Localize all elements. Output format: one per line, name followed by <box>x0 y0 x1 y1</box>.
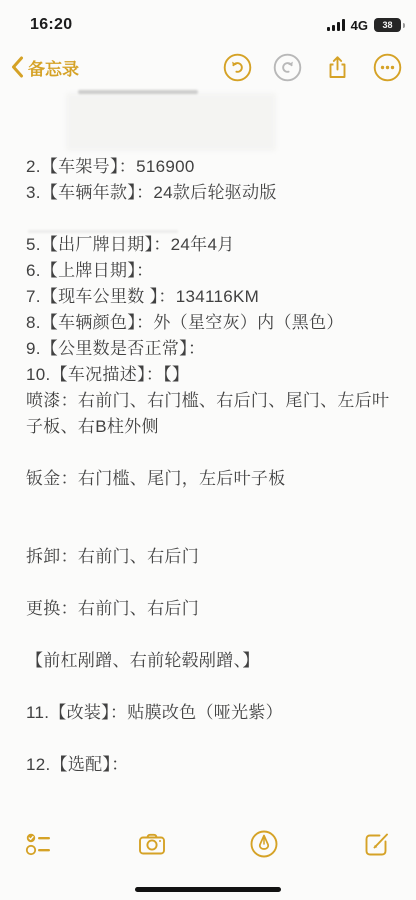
note-line <box>26 492 394 518</box>
status-indicators: 4G 38 <box>327 18 401 33</box>
note-line: 【前杠剐蹭、右前轮毂剐蹭、】 <box>26 648 394 674</box>
note-line: 2.【车架号】：516900 <box>26 154 394 180</box>
battery-icon: 38 <box>374 18 401 32</box>
camera-icon[interactable] <box>137 829 167 859</box>
note-line <box>26 518 394 544</box>
battery-percent: 38 <box>382 21 392 30</box>
compose-icon[interactable] <box>362 829 392 859</box>
status-bar: 16:20 4G 38 <box>0 0 416 44</box>
network-type-label: 4G <box>351 18 368 33</box>
note-line: 9.【公里数是否正常】： <box>26 336 394 362</box>
note-line: 喷漆：右前门、右门槛、右后门、尾门、左后叶子板、右B柱外侧 <box>26 388 394 440</box>
note-line <box>26 570 394 596</box>
note-line <box>26 206 394 232</box>
notes-app-screen: 16:20 4G 38 备忘录 <box>0 0 416 900</box>
note-line: 8.【车辆颜色】：外（星空灰）内（黑色） <box>26 310 394 336</box>
whiteout-smudge <box>66 93 276 151</box>
share-icon[interactable] <box>323 53 352 82</box>
chevron-left-icon <box>10 56 24 78</box>
more-options-icon[interactable] <box>373 53 402 82</box>
note-line: 6.【上牌日期】： <box>26 258 394 284</box>
note-line: 12.【选配】： <box>26 752 394 778</box>
nav-bar: 备忘录 <box>0 44 416 90</box>
markup-pen-icon[interactable] <box>249 829 279 859</box>
note-line: 10.【车况描述】：【】 <box>26 362 394 388</box>
nav-actions <box>223 53 402 82</box>
note-line <box>26 726 394 752</box>
back-button[interactable]: 备忘录 <box>10 55 79 80</box>
note-line: 11.【改装】：贴膜改色（哑光紫） <box>26 700 394 726</box>
note-line: 3.【车辆年款】：24款后轮驱动版 <box>26 180 394 206</box>
note-line: 钣金：右门槛、尾门，左后叶子板 <box>26 466 394 492</box>
note-line <box>26 440 394 466</box>
note-line <box>26 674 394 700</box>
note-line: 更换：右前门、右后门 <box>26 596 394 622</box>
note-line: 5.【出厂牌日期】：24年4月 <box>26 232 394 258</box>
note-line: 拆卸：右前门、右后门 <box>26 544 394 570</box>
redacted-line-smudge <box>78 90 198 94</box>
back-button-label: 备忘录 <box>28 55 79 80</box>
cellular-signal-icon <box>327 19 345 31</box>
bottom-toolbar <box>0 816 416 872</box>
undo-icon[interactable] <box>223 53 252 82</box>
note-lines: 2.【车架号】：5169003.【车辆年款】：24款后轮驱动版5.【出厂牌日期】… <box>26 154 394 778</box>
redo-icon[interactable] <box>273 53 302 82</box>
note-line: 7.【现车公里数 】：134116KM <box>26 284 394 310</box>
status-time: 16:20 <box>30 16 72 34</box>
note-body[interactable]: 2.【车架号】：5169003.【车辆年款】：24款后轮驱动版5.【出厂牌日期】… <box>0 90 416 808</box>
note-line <box>26 622 394 648</box>
checklist-icon[interactable] <box>24 829 54 859</box>
home-indicator[interactable] <box>135 887 281 892</box>
